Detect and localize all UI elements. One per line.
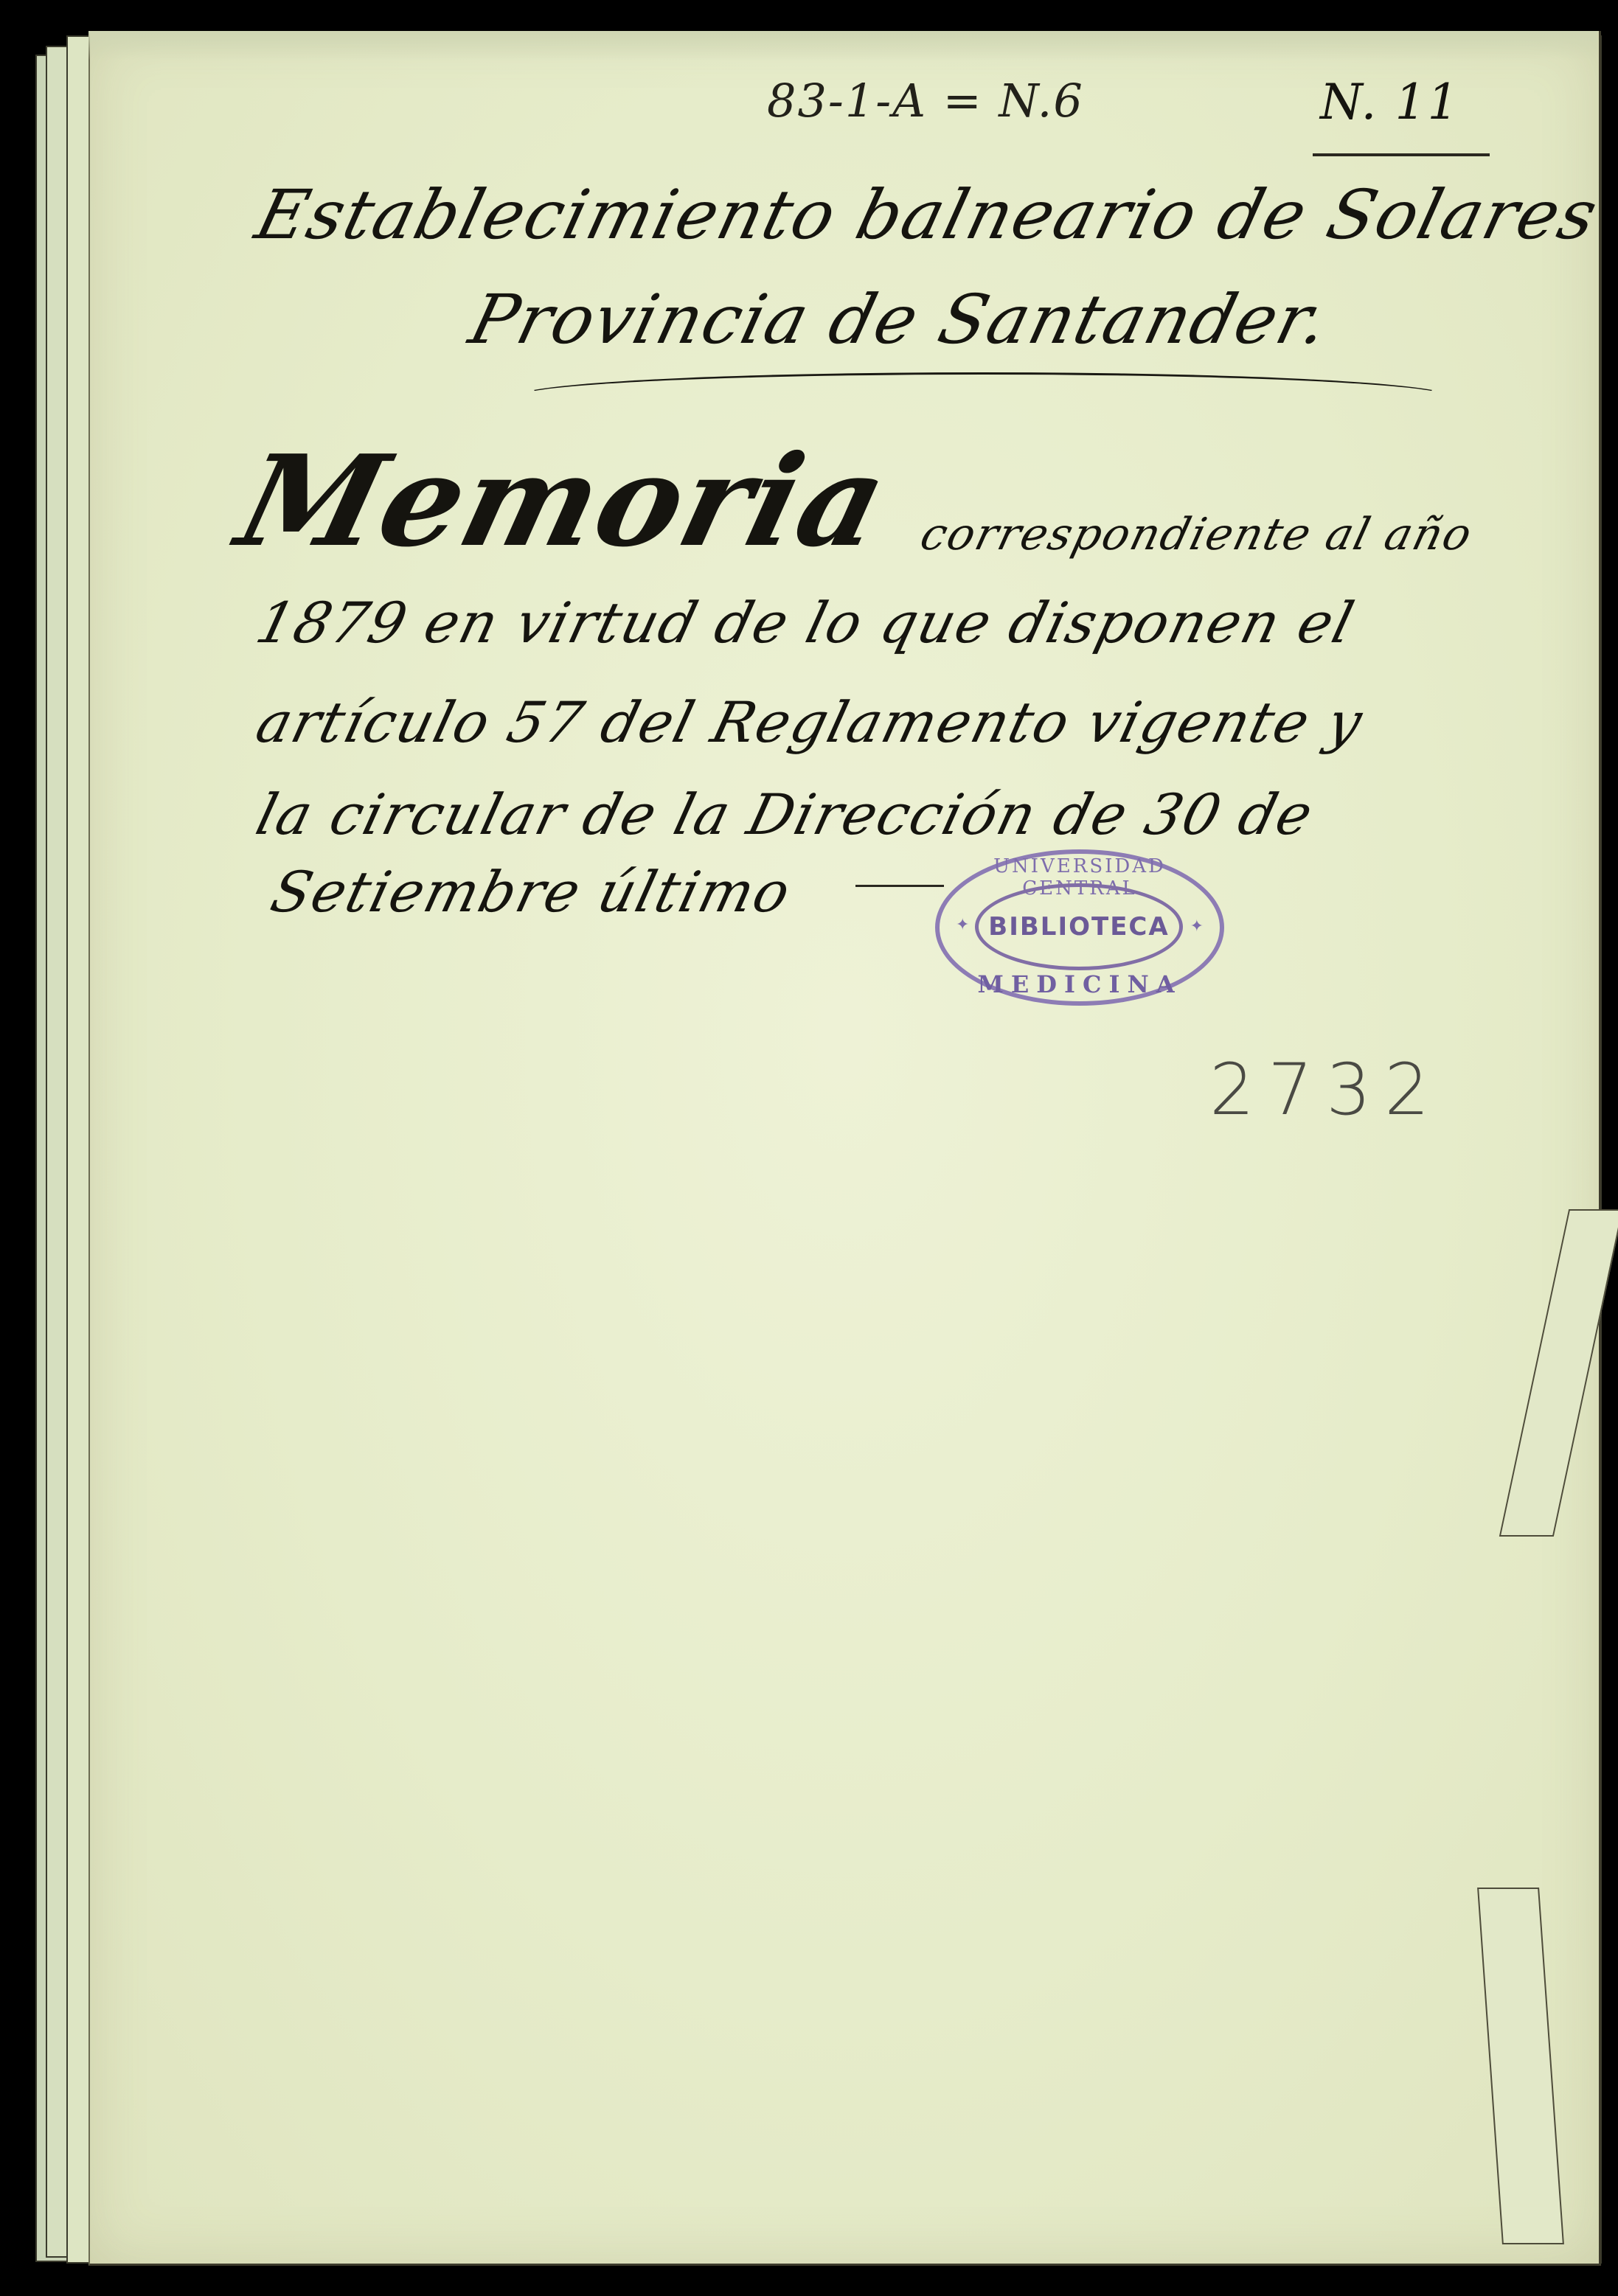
stamp-star-icon: ✦ bbox=[956, 916, 969, 934]
document-cover-page bbox=[88, 31, 1601, 2266]
library-stamp: UNIVERSIDAD CENTRAL BIBLIOTECA MEDICINA … bbox=[935, 849, 1224, 1006]
body-line-4: la circular de la Dirección de 30 de bbox=[250, 782, 1320, 847]
decorative-flourish bbox=[516, 372, 1450, 421]
stamp-star-icon: ✦ bbox=[1190, 917, 1204, 936]
document-number: N. 11 bbox=[1320, 74, 1459, 131]
body-line-2: 1879 en virtud de lo que disponen el bbox=[250, 590, 1361, 655]
body-line-5: Setiembre último bbox=[265, 859, 798, 925]
body-line-1: correspondiente al año bbox=[915, 509, 1478, 560]
stamp-bottom-text: MEDICINA bbox=[969, 970, 1190, 998]
number-underline bbox=[1313, 153, 1490, 156]
shelfmark-annotation: 83-1-A = N.6 bbox=[767, 74, 1084, 128]
closing-stroke bbox=[855, 885, 944, 887]
heading-province: Provincia de Santander. bbox=[462, 280, 1338, 359]
heading-establishment: Establecimiento balneario de Solares bbox=[249, 175, 1606, 254]
pencil-catalog-number: 2732 bbox=[1209, 1048, 1442, 1131]
document-title: Memoria bbox=[225, 428, 902, 575]
stamp-inner-oval: BIBLIOTECA bbox=[975, 883, 1183, 970]
stamp-center-text: BIBLIOTECA bbox=[988, 912, 1169, 942]
body-line-3: artículo 57 del Reglamento vigente y bbox=[250, 689, 1370, 755]
torn-top-edge bbox=[88, 31, 1597, 60]
